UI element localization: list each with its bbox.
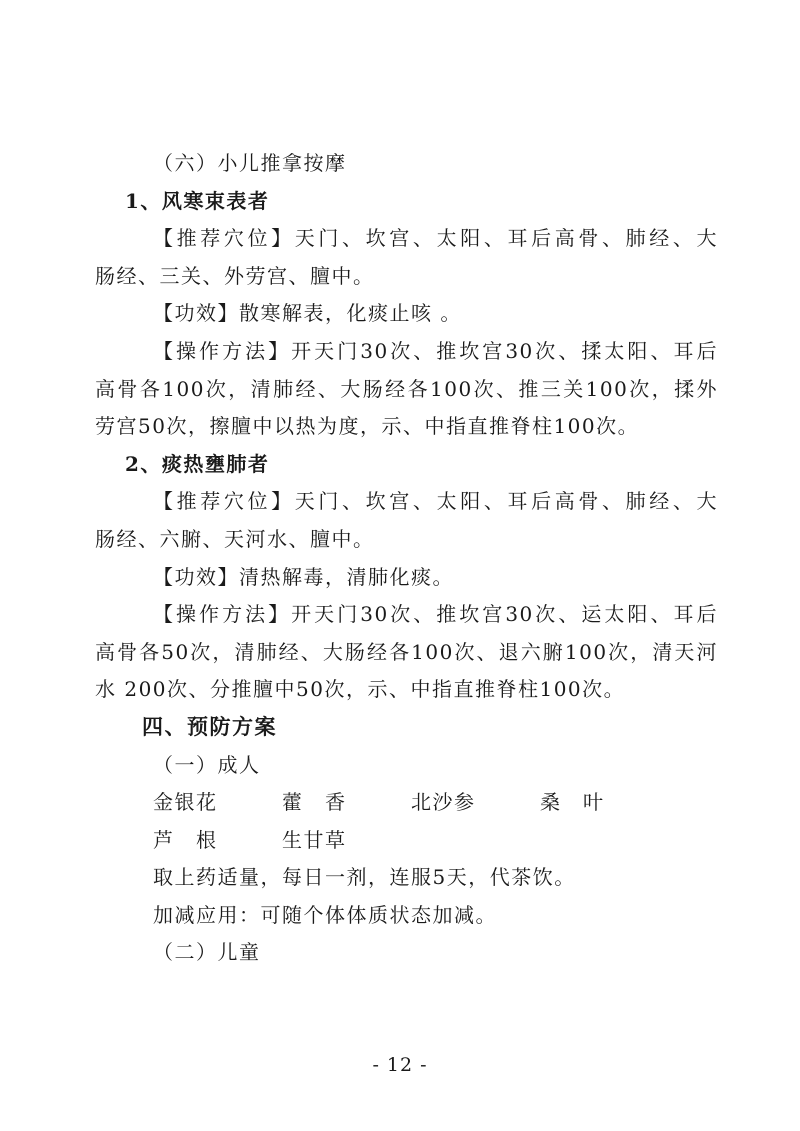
document-body: （六）小儿推拿按摩1、风寒束表者【推荐穴位】天门、坎宫、太阳、耳后高骨、肺经、大… bbox=[0, 0, 800, 972]
section-heading-adults: （一）成人 bbox=[95, 747, 718, 785]
recommended-points-2-line-1: 【推荐穴位】天门、坎宫、太阳、耳后高骨、肺经、大 bbox=[95, 483, 718, 521]
effect-1: 【功效】散寒解表，化痰止咳 。 bbox=[95, 295, 718, 333]
adjustment-note: 加减应用：可随个体体质状态加减。 bbox=[95, 897, 718, 935]
recommended-points-1-line-1: 【推荐穴位】天门、坎宫、太阳、耳后高骨、肺经、大 bbox=[95, 220, 718, 258]
section-heading-pediatric-tuina: （六）小儿推拿按摩 bbox=[95, 145, 718, 183]
herb-list-row-1: 金银花 藿 香 北沙参 桑 叶 bbox=[95, 784, 718, 822]
operation-method-2-line-2: 高骨各50次，清肺经、大肠经各100次、退六腑100次，清天河 bbox=[95, 634, 718, 672]
subheading-phlegm-heat: 2、痰热壅肺者 bbox=[95, 446, 718, 484]
operation-method-2-line-1: 【操作方法】开天门30次、推坎宫30次、运太阳、耳后 bbox=[95, 596, 718, 634]
operation-method-1-line-2: 高骨各100次，清肺经、大肠经各100次、推三关100次，揉外 bbox=[95, 371, 718, 409]
effect-2: 【功效】清热解毒，清肺化痰。 bbox=[95, 559, 718, 597]
operation-method-1-line-3: 劳宫50次，擦膻中以热为度，示、中指直推脊柱100次。 bbox=[95, 408, 718, 446]
subheading-wind-cold: 1、风寒束表者 bbox=[95, 183, 718, 221]
chapter-heading-prevention-plan: 四、预防方案 bbox=[95, 709, 718, 747]
section-heading-children: （二）儿童 bbox=[95, 934, 718, 972]
operation-method-2-line-3: 水 200次、分推膻中50次，示、中指直推脊柱100次。 bbox=[95, 671, 718, 709]
recommended-points-1-line-2: 肠经、三关、外劳宫、膻中。 bbox=[95, 258, 718, 296]
herb-list-row-2: 芦 根 生甘草 bbox=[95, 822, 718, 860]
recommended-points-2-line-2: 肠经、六腑、天河水、膻中。 bbox=[95, 521, 718, 559]
operation-method-1-line-1: 【操作方法】开天门30次、推坎宫30次、揉太阳、耳后 bbox=[95, 333, 718, 371]
dosage-instruction: 取上药适量，每日一剂，连服5天，代茶饮。 bbox=[95, 859, 718, 897]
document-page: （六）小儿推拿按摩1、风寒束表者【推荐穴位】天门、坎宫、太阳、耳后高骨、肺经、大… bbox=[0, 0, 800, 1131]
page-number: - 12 - bbox=[0, 1050, 800, 1080]
